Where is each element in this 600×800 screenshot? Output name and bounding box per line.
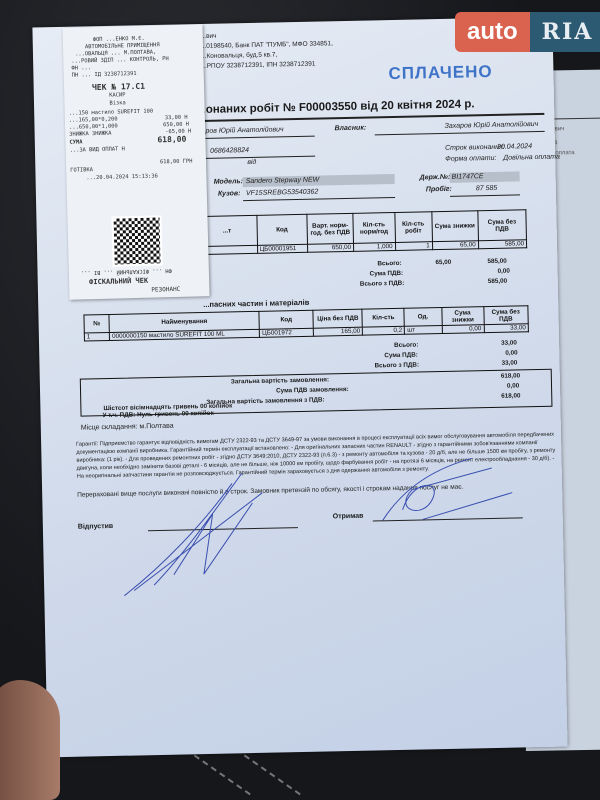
parts-vat-label: Сума ПДВ:: [384, 352, 418, 360]
receipt-text: КАСИР: [109, 92, 125, 98]
order-total: 618,00: [501, 372, 520, 379]
receipt-text: ...РОВИЙ 3ДІП ... КОНТРОЛЬ, РН: [71, 56, 168, 65]
works-vat-label: Сума ПДВ:: [370, 270, 404, 278]
vat-in-words: У т.ч. ПДВ: Нуль гривень 00 копійок: [102, 410, 213, 419]
company-details: ...вич ...0198540, Банк ПАТ "ПУМБ", МФО …: [201, 29, 334, 72]
logo-ria: RIA: [530, 12, 600, 52]
receipt-text: ...ЗА ВИД ОПЛАТ Н: [70, 146, 125, 153]
document-title: ...онаних робіт № F00003550 від 20 квітн…: [196, 98, 475, 116]
order-total-vat: 618,00: [501, 392, 520, 399]
hand: [0, 680, 60, 800]
receipt-text: 33,00 Н: [165, 115, 188, 122]
signature-received: [371, 447, 523, 530]
receipt-text: СУМА: [69, 139, 82, 145]
owner-name: Захаров Юрій Анатолійович: [445, 121, 539, 130]
works-total-vat: 585,00: [488, 278, 507, 285]
logo-auto: auto: [455, 12, 530, 52]
parts-section-title: ...пасних частин і матеріалів: [203, 298, 309, 309]
mileage-label: Пробіг:: [426, 186, 452, 194]
model-label: Модель:: [214, 178, 243, 186]
customer-name: ...ров Юрій Анатолійович: [200, 126, 284, 135]
receipt-text: ПН ... ІД 3238712391: [72, 71, 137, 79]
receipt-text: ЗНИЖКА ЗНИЖКА: [69, 131, 111, 138]
fiscal-receipt-label: ФІСКАЛЬНИЙ ЧЕК: [89, 277, 148, 287]
order-summary-box: Загальна вартість замовлення: 618,00 Сум…: [80, 369, 553, 417]
parts-total-label: Всього:: [394, 342, 418, 350]
parts-total-vat-label: Всього з ПДВ:: [375, 362, 420, 370]
receipt-text: ...150 мастило SUREFIT 100: [69, 109, 154, 117]
works-total-vat-label: Всього з ПДВ:: [360, 280, 405, 288]
plate-number: ВІ1747СЕ: [452, 173, 484, 181]
receipt-text: 650,00 Н: [163, 122, 189, 129]
customer-phone: 0686428824: [210, 147, 249, 155]
order-vat-label: Сума ПДВ замовлення:: [276, 386, 349, 395]
receipt-text: ФН ... ФІСКАЛЬНИЙ ... ВІ ...: [81, 267, 172, 275]
receipt-text: 618,00 ГРН: [160, 159, 193, 166]
payment-method: Довільна оплата: [503, 154, 560, 162]
qr-code: [111, 215, 162, 266]
receipt-datetime: ...20.04.2024 15:13:36: [86, 173, 158, 181]
receipt-sum: 618,00: [157, 135, 186, 145]
works-table: ...т Код Варт. норм-год. без ПДВ Кіл-сть…: [196, 209, 527, 255]
from-label: від: [247, 159, 256, 166]
signature-released: [111, 453, 274, 606]
owner-label: Власник:: [335, 125, 367, 133]
vehicle-body-number: VF15SREBG53540362: [246, 189, 319, 198]
parts-table: № Найменування Код Ціна без ПДВ Кіл-сть …: [83, 305, 528, 341]
receipt-number: ЧЕК № 17.С1: [92, 82, 145, 92]
received-by-label: Отримав: [333, 513, 364, 521]
order-total-label: Загальна вартість замовлення:: [231, 376, 329, 385]
due-date: 20.04.2024: [497, 143, 532, 151]
fiscal-receipt: ФОП ...ЕНКО М.Є. АВТОМОБІЛЬНЕ ПРИМІЩЕННЯ…: [62, 24, 209, 300]
place-of-issue: Місце складання: м.Полтава: [81, 423, 174, 432]
mileage-value: 87 585: [476, 185, 498, 192]
plate-label: Держ.№:: [420, 174, 451, 182]
works-vat: 0,00: [498, 268, 510, 275]
receipt-footer: РЕЗОНАНС: [151, 286, 180, 294]
order-vat: 0,00: [507, 382, 519, 389]
body-label: Кузов:: [218, 190, 241, 197]
works-total-label: Всього:: [377, 260, 401, 268]
released-by-label: Відпустив: [78, 523, 113, 531]
receipt-text: ФН ...: [71, 65, 91, 72]
autoria-watermark: auto RIA: [455, 12, 600, 52]
parts-total-vat: 33,00: [501, 359, 517, 366]
due-label: Строк виконання:: [445, 144, 505, 152]
parts-total: 33,00: [501, 339, 517, 346]
receipt-text: ГОТІВКА: [70, 167, 93, 174]
payment-label: Форма оплати:: [445, 155, 496, 163]
parts-vat: 0,00: [505, 349, 517, 356]
receipt-text: Візка: [109, 100, 125, 106]
paid-stamp: СПЛАЧЕНО: [388, 62, 493, 84]
works-total-discount: 65,00: [435, 259, 451, 266]
works-total: 585,00: [487, 258, 506, 265]
